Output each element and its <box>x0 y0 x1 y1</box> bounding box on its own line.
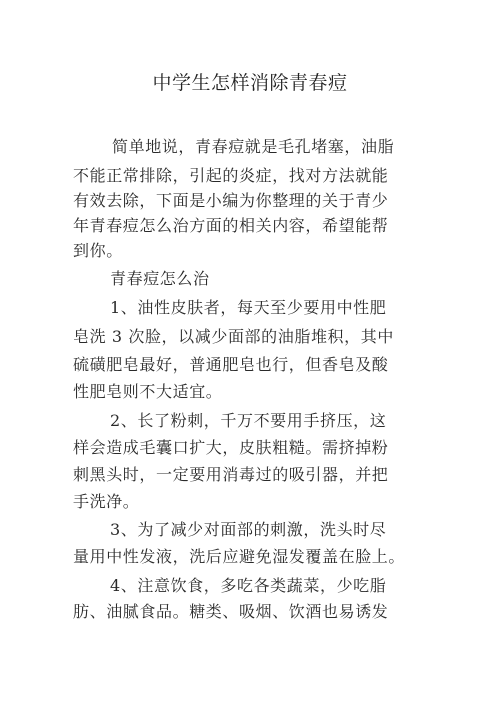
paragraph-line: 量用中性发液，洗后应避免湿发覆盖在脸上。 <box>73 546 405 568</box>
paragraph-line: 皂洗 3 次脸，以减少面部的油脂堆积，其中 <box>73 326 394 348</box>
document-title: 中学生怎样消除青春痘 <box>0 70 500 96</box>
paragraph-line: 3、为了减少对面部的刺激，洗头时尽 <box>110 519 386 541</box>
document-page: 中学生怎样消除青春痘 简单地说，青春痘就是毛孔堵塞，油脂不能正常排除，引起的炎症… <box>0 0 500 708</box>
paragraph-line: 1、油性皮肤者，每天至少要用中性肥 <box>110 297 386 319</box>
paragraph-line: 4、注意饮食，多吃各类蔬菜，少吃脂 <box>110 575 386 597</box>
paragraph-line: 硫磺肥皂最好，普通肥皂也行，但香皂及酸 <box>73 354 388 376</box>
paragraph-line: 不能正常排除，引起的炎症，找对方法就能 <box>73 165 388 187</box>
paragraph-line: 肪、油腻食品。糖类、吸烟、饮酒也易诱发 <box>73 601 388 623</box>
paragraph-line: 刺黑头时，一定要用消毒过的吸引器，并把 <box>73 464 388 486</box>
paragraph-line: 样会造成毛囊口扩大，皮肤粗糙。需挤掉粉 <box>73 437 388 459</box>
paragraph-line: 有效去除，下面是小编为你整理的关于青少 <box>73 190 388 212</box>
paragraph-line: 到你。 <box>73 240 123 262</box>
paragraph-line: 年青春痘怎么治方面的相关内容，希望能帮 <box>73 215 388 237</box>
paragraph-line: 2、长了粉刺，千万不要用手挤压，这 <box>110 410 386 432</box>
paragraph-line: 青春痘怎么治 <box>110 268 210 290</box>
paragraph-line: 性肥皂则不大适宜。 <box>73 381 222 403</box>
paragraph-line: 手洗净。 <box>73 491 139 513</box>
paragraph-line: 简单地说，青春痘就是毛孔堵塞，油脂 <box>112 136 394 158</box>
